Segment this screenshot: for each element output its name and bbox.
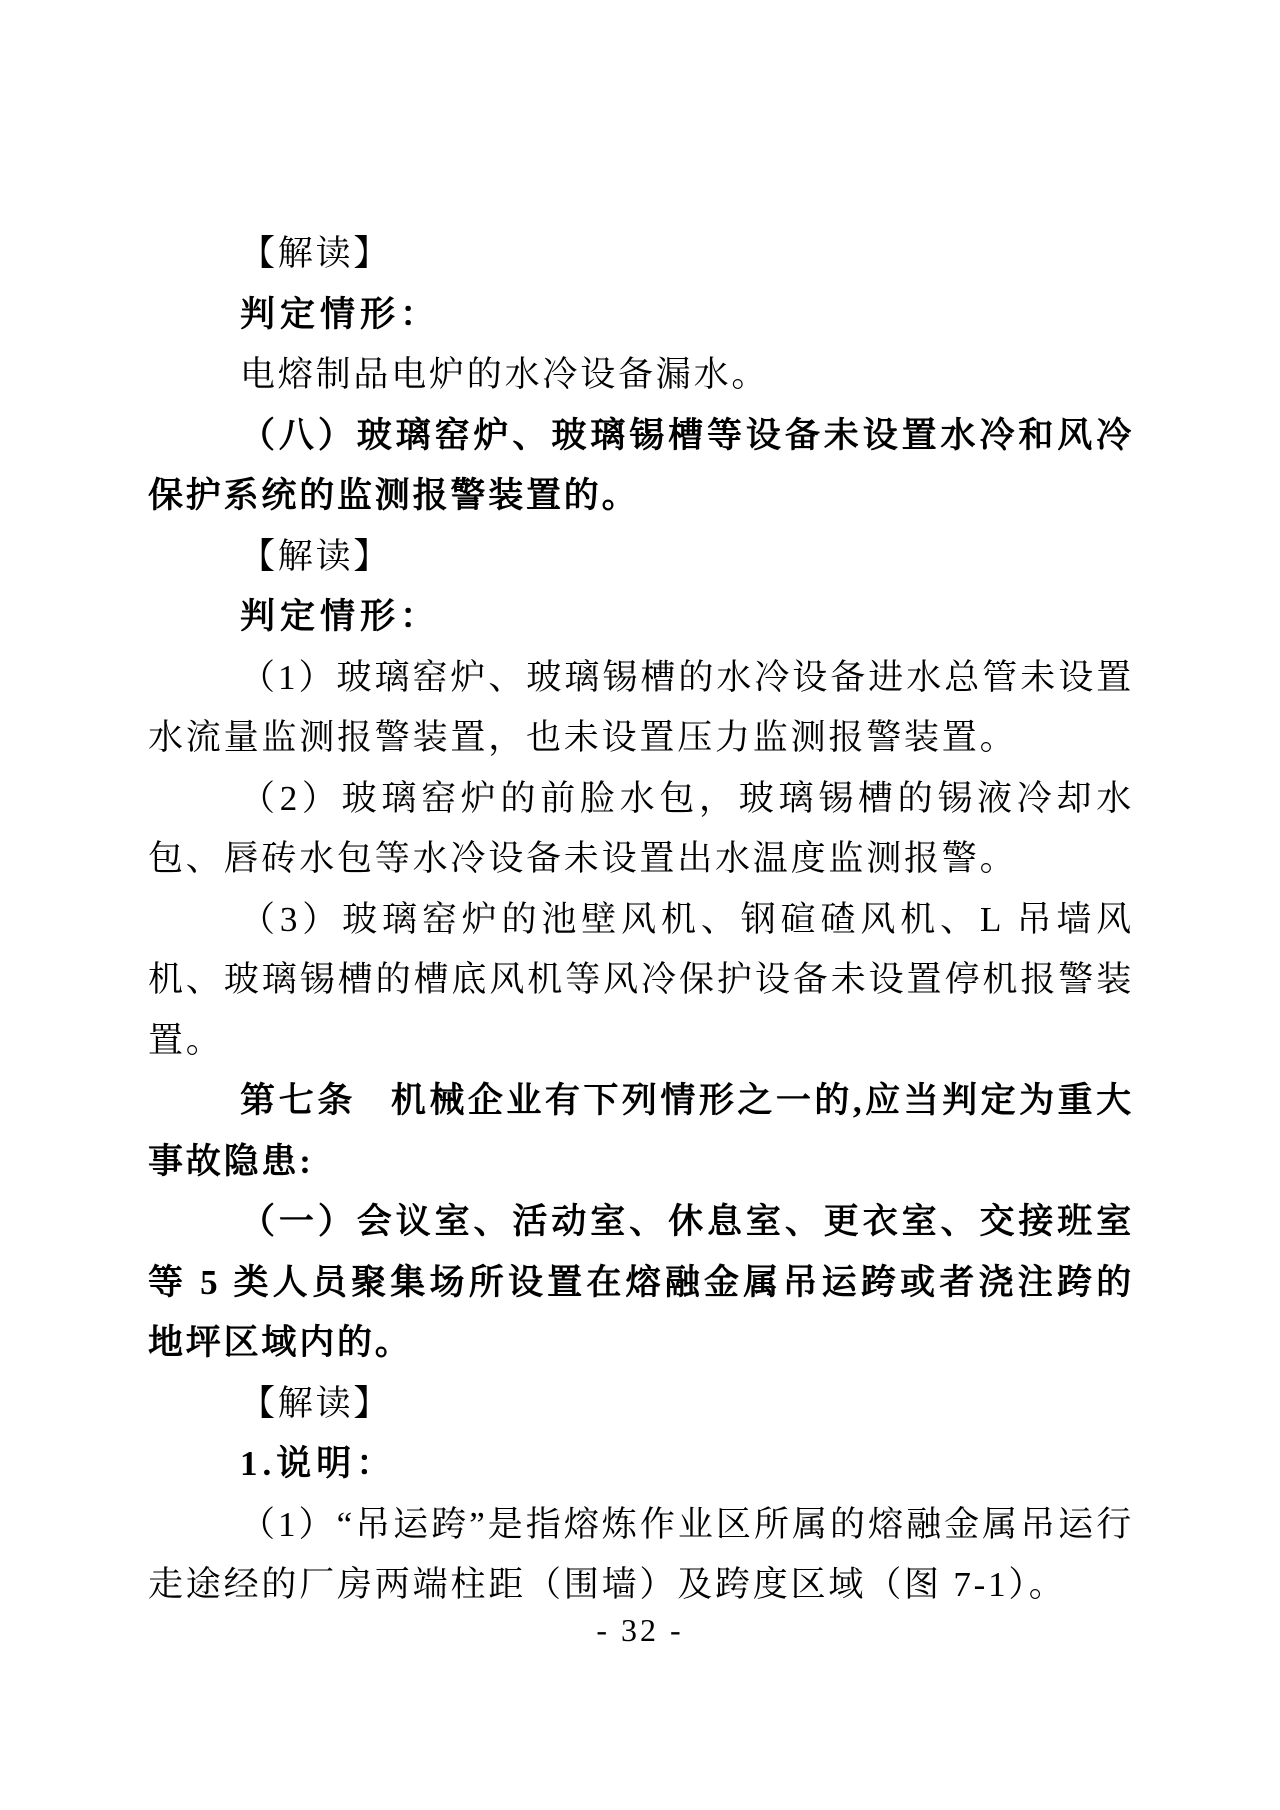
paragraph-jiedu-2: 【解读】: [148, 527, 1134, 588]
document-page: 【解读】 判定情形： 电熔制品电炉的水冷设备漏水。 （八）玻璃窑炉、玻璃锡槽等设…: [0, 0, 1280, 1810]
paragraph-shuoming-heading: 1.说明：: [148, 1434, 1134, 1495]
paragraph-situation-1: （1）玻璃窑炉、玻璃锡槽的水冷设备进水总管未设置水流量监测报警装置，也未设置压力…: [148, 648, 1134, 769]
paragraph-item-1-rooms: （一）会议室、活动室、休息室、更衣室、交接班室等 5 类人员聚集场所设置在熔融金…: [148, 1192, 1134, 1374]
paragraph-situation-3: （3）玻璃窑炉的池壁风机、钢碹碴风机、L 吊墙风机、玻璃锡槽的槽底风机等风冷保护…: [148, 890, 1134, 1072]
article-number-label: 第七条: [240, 1081, 356, 1120]
paragraph-jiedu-3: 【解读】: [148, 1374, 1134, 1435]
paragraph-situation-2: （2）玻璃窑炉的前脸水包，玻璃锡槽的锡液冷却水包、唇砖水包等水冷设备未设置出水温…: [148, 769, 1134, 890]
paragraph-panding-heading-1: 判定情形：: [148, 285, 1134, 346]
paragraph-crane-span-definition: （1）“吊运跨”是指熔炼作业区所属的熔融金属吊运行走途经的厂房两端柱距（围墙）及…: [148, 1495, 1134, 1616]
paragraph-jiedu-1: 【解读】: [148, 224, 1134, 285]
page-content: 【解读】 判定情形： 电熔制品电炉的水冷设备漏水。 （八）玻璃窑炉、玻璃锡槽等设…: [148, 224, 1134, 1616]
paragraph-item-8: （八）玻璃窑炉、玻璃锡槽等设备未设置水冷和风冷保护系统的监测报警装置的。: [148, 406, 1134, 527]
paragraph-article-7: 第七条机械企业有下列情形之一的,应当判定为重大事故隐患:: [148, 1071, 1134, 1192]
paragraph-panding-heading-2: 判定情形：: [148, 587, 1134, 648]
paragraph-electric-furnace-leak: 电熔制品电炉的水冷设备漏水。: [148, 345, 1134, 406]
page-number: - 32 -: [0, 1612, 1280, 1649]
